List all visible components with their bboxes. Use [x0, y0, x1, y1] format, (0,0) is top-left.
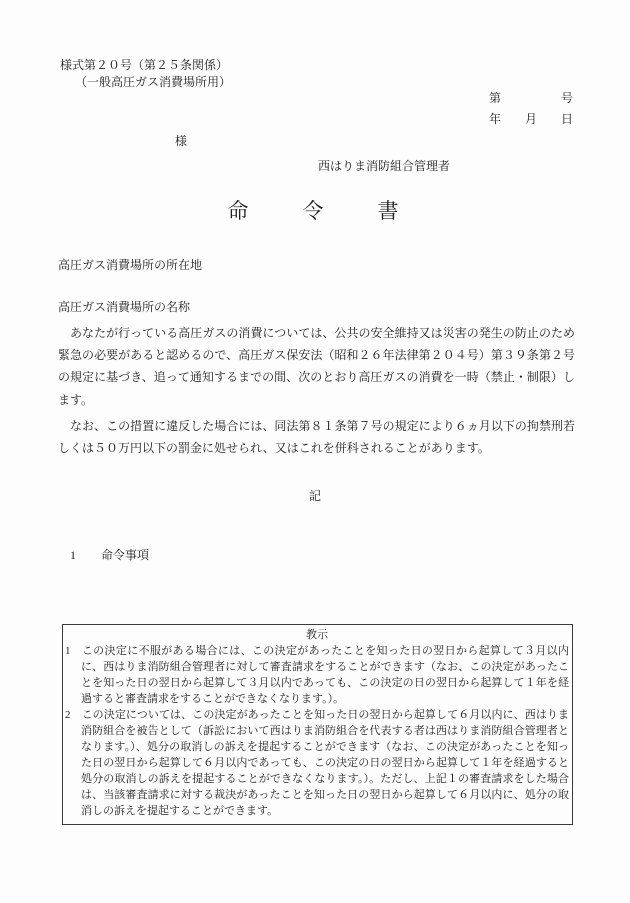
- appeal-instruction-item: 2この決定については、この決定があったことを知った日の翌日から起算して６月以内に…: [65, 707, 569, 819]
- order-document-page: 様式第２０号（第２５条関係） （一般高圧ガス消費場所用） 第 号 年 月 日 様…: [0, 0, 630, 903]
- appeal-item-text: この決定に不服がある場合には、この決定があったことを知った日の翌日から起算して３…: [81, 645, 569, 705]
- document-date-line: 年 月 日: [489, 111, 573, 128]
- form-usage-note: （一般高圧ガス消費場所用）: [75, 74, 231, 91]
- addressee-suffix: 様: [175, 133, 187, 150]
- penalty-note-paragraph: なお、この措置に違反した場合には、同法第８１条第７号の規定により６ヵ月以下の拘禁…: [58, 415, 575, 459]
- appeal-instructions-box: 教示 1この決定に不服がある場合には、この決定があったことを知った日の翌日から起…: [62, 624, 573, 825]
- document-number-line: 第 号: [489, 90, 573, 107]
- appeal-item-text: この決定については、この決定があったことを知った日の翌日から起算して６月以内に、…: [81, 709, 569, 817]
- appeal-item-number: 2: [65, 709, 71, 721]
- ki-separator: 記: [0, 488, 630, 505]
- issuer-name: 西はりま消防組合管理者: [318, 158, 450, 175]
- form-number: 様式第２０号（第２５条関係）: [60, 57, 228, 74]
- field-gas-site-name-label: 高圧ガス消費場所の名称: [58, 299, 190, 316]
- order-body-paragraph: あなたが行っている高圧ガスの消費については、公共の安全維持又は災害の発生の防止の…: [58, 322, 575, 411]
- appeal-instruction-item: 1この決定に不服がある場合には、この決定があったことを知った日の翌日から起算して…: [65, 643, 569, 707]
- field-gas-site-address-label: 高圧ガス消費場所の所在地: [58, 257, 202, 274]
- order-item-number: 1: [70, 547, 76, 564]
- order-item-heading: 1命令事項: [58, 530, 149, 581]
- order-item-label: 命令事項: [101, 548, 149, 562]
- appeal-instructions-title: 教示: [65, 627, 569, 643]
- document-title: 命 令 書: [0, 196, 630, 226]
- appeal-item-number: 1: [65, 645, 71, 657]
